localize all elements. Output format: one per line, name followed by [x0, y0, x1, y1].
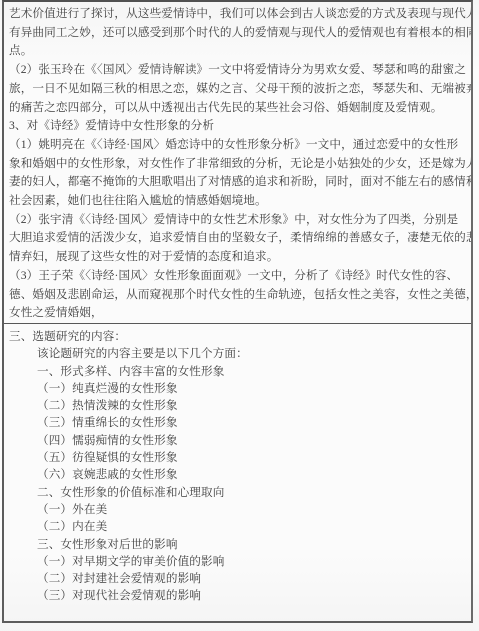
text-line: 社会因素，她们也往往陷入尴尬的情感婚姻境地。: [9, 192, 466, 211]
text-line: （一）外在美: [9, 501, 466, 518]
text-line: （二）热情泼辣的女性形象: [9, 397, 466, 414]
research-content-outline: 该论题研究的内容主要是以下几个方面：一、形式多样、内容丰富的女性形象（一）纯真烂…: [9, 345, 466, 604]
text-line: （四）懦弱痴情的女性形象: [9, 432, 466, 449]
text-line: （六）哀婉悲戚的女性形象: [9, 466, 466, 483]
text-line: 情弃妇，展现了这些女性的对于爱情的态度和追求。: [9, 248, 466, 267]
text-line: 女性之爱情婚姻，: [9, 304, 466, 323]
text-line: （2）张玉玲在《〈国风〉爱情诗解读》一文中将爱情诗分为男欢女爱、琴瑟和鸣的甜蜜之: [9, 61, 466, 80]
text-line: （3）王子荣《〈诗经·国风〉女性形象面面观》一文中，分析了《诗经》时代女性的容、: [9, 267, 466, 286]
text-line: （二）对封建社会爱情观的影响: [9, 570, 466, 587]
text-line: （三）情重绵长的女性形象: [9, 414, 466, 431]
text-line: 二、女性形象的价值标准和心理取向: [9, 484, 466, 501]
text-line: （二）内在美: [9, 518, 466, 535]
text-line: （一）对早期文学的审美价值的影响: [9, 553, 466, 570]
text-line: 3、对《诗经》爱情诗中女性形象的分析: [9, 117, 466, 136]
text-line: 旅，一日不见如隔三秋的相思之恋，媒妁之言、父母干预的波折之恋，琴瑟失和、无端被弃: [9, 80, 466, 99]
section-heading: 三、选题研究的内容：: [9, 328, 466, 345]
text-line: 妻的妇人，都毫不掩饰的大胆歌唱出了对情感的追求和祈盼，同时，面对不能左右的感情和: [9, 173, 466, 192]
text-line: 有异曲同工之妙，还可以感受到那个时代的人的爱情观与现代人的爱情观也有着根本的相同: [9, 24, 466, 43]
scanned-document-page: 艺术价值进行了探讨，从这些爱情诗中，我们可以体会到古人谈恋爱的方式及表现与现代人…: [0, 0, 479, 631]
text-line: 三、女性形象对后世的影响: [9, 536, 466, 553]
text-line: 的痛苦之恋四部分，可以从中透视出古代先民的某些社会习俗、婚姻制度及爱情观。: [9, 99, 466, 118]
text-line: 大胆追求爱情的活泼少女，追求爱情自由的坚毅女子，柔情绵绵的善感女子，凄楚无依的悲: [9, 229, 466, 248]
text-line: 该论题研究的内容主要是以下几个方面：: [9, 345, 466, 362]
text-line: （一）纯真烂漫的女性形象: [9, 380, 466, 397]
literature-review-cell: 艺术价值进行了探讨，从这些爱情诗中，我们可以体会到古人谈恋爱的方式及表现与现代人…: [4, 2, 471, 323]
text-line: 艺术价值进行了探讨，从这些爱情诗中，我们可以体会到古人谈恋爱的方式及表现与现代人: [9, 5, 466, 24]
text-line: （1）姚明亮在《〈诗经·国风〉婚恋诗中的女性形象分析》一文中，通过恋爱中的女性形: [9, 136, 466, 155]
text-line: （五）彷徨疑惧的女性形象: [9, 449, 466, 466]
document-table: 艺术价值进行了探讨，从这些爱情诗中，我们可以体会到古人谈恋爱的方式及表现与现代人…: [2, 0, 473, 623]
literature-review-text: 艺术价值进行了探讨，从这些爱情诗中，我们可以体会到古人谈恋爱的方式及表现与现代人…: [9, 5, 466, 323]
text-line: 德、婚姻及悲剧命运，从而窥视那个时代女性的生命轨迹，包括女性之美容，女性之美德，: [9, 286, 466, 305]
text-line: 象和婚姻中的女性形象，对女性作了非常细致的分析，无论是小姑独处的少女，还是嫁为人: [9, 155, 466, 174]
text-line: 点。: [9, 42, 466, 61]
text-line: 一、形式多样、内容丰富的女性形象: [9, 363, 466, 380]
text-line: （2）张宇清《〈诗经·国风〉爱情诗中的女性艺术形象》中，对女性分为了四类，分别是: [9, 211, 466, 230]
research-content-cell: 三、选题研究的内容： 该论题研究的内容主要是以下几个方面：一、形式多样、内容丰富…: [4, 323, 471, 621]
text-line: （三）对现代社会爱情观的影响: [9, 587, 466, 604]
